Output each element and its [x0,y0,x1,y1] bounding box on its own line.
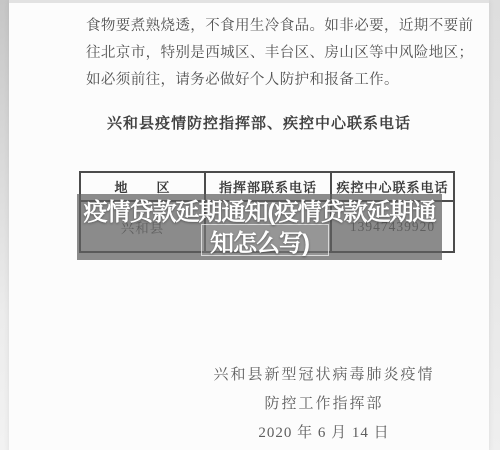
paragraph-line: 食物要煮熟烧透，不食用生冷食品。如非必要，近期不要前 [86,13,456,40]
signature-block: 兴和县新型冠状病毒肺炎疫情 防控工作指挥部 2020 年 6 月 14 日 [124,361,500,448]
overlay-title-inner: 疫情贷款延期通知(疫情贷款延期通 知怎么写) [77,194,442,260]
overlay-title-line: 疫情贷款延期通知(疫情贷款延期通 [77,194,442,228]
signature-line: 防控工作指挥部 [124,390,500,419]
body-paragraph: 食物要煮熟烧透，不食用生冷食品。如非必要，近期不要前 往北京市，特别是西城区、丰… [86,13,456,94]
overlay-title-line: 知怎么写) [77,228,442,259]
signature-line: 兴和县新型冠状病毒肺炎疫情 [124,361,500,390]
date-line: 2020 年 6 月 14 日 [124,419,500,448]
overlay-title-banner: 疫情贷款延期通知(疫情贷款延期通 知怎么写) [77,194,442,260]
paragraph-line: 往北京市，特别是西城区、丰台区、房山区等中风险地区； [86,40,456,67]
photo-edge-left [0,0,9,450]
document-page: 食物要煮熟烧透，不食用生冷食品。如非必要，近期不要前 往北京市，特别是西城区、丰… [9,0,489,450]
paragraph-line: 如必须前往，请务必做好个人防护和报备工作。 [86,67,456,94]
section-title: 兴和县疫情防控指挥部、疾控中心联系电话 [9,112,500,133]
screenshot-stage: 食物要煮熟烧透，不食用生冷食品。如非必要，近期不要前 往北京市，特别是西城区、丰… [0,0,500,450]
